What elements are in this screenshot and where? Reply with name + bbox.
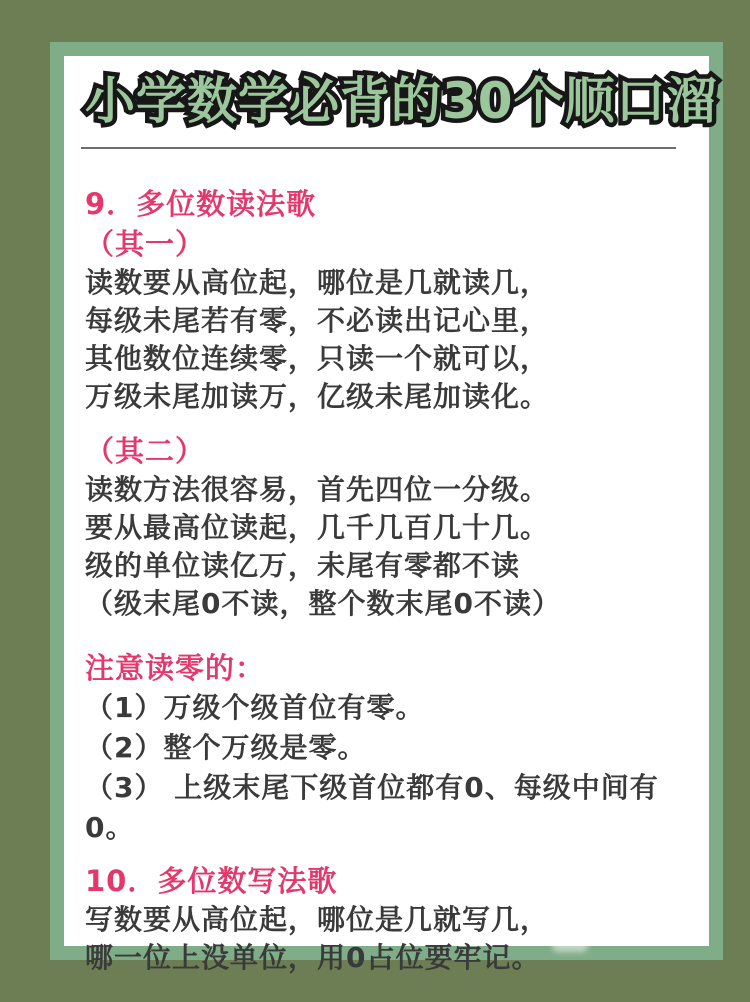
verse-line: （级末尾0不读，整个数末尾0不读） <box>85 585 688 623</box>
subheading-qier: （其二） <box>85 434 688 468</box>
verse-xiefa: 写数要从高位起，哪位是几就写几， 哪一位上没单位，用0占位要牢记。 <box>85 901 688 977</box>
subheading-zhuyi: 注意读零的： <box>85 651 688 685</box>
verse-line: 级的单位读亿万，未尾有零都不读 <box>85 547 688 585</box>
section-10: 10．多位数写法歌 写数要从高位起，哪位是几就写几， 哪一位上没单位，用0占位要… <box>85 864 688 977</box>
poster-page: { "colors": { "page_bg": "#6d7e54", "car… <box>0 0 750 1002</box>
page-title-text: 小学数学必背的30个顺口溜 <box>85 65 688 137</box>
verse-line: 其他数位连续零，只读一个就可以， <box>85 340 688 378</box>
section-10-heading: 10．多位数写法歌 <box>85 864 688 898</box>
verse-line: 每级未尾若有零，不必读出记心里， <box>85 302 688 340</box>
verse-qier: 读数方法很容易，首先四位一分级。 要从最高位读起，几千几百几十几。 级的单位读亿… <box>85 471 688 623</box>
poster-content: 小学数学必背的30个顺口溜 小学数学必背的30个顺口溜 9．多位数读法歌 （其一… <box>64 65 709 955</box>
subheading-qiyi: （其一） <box>85 227 688 261</box>
verse-line: 写数要从高位起，哪位是几就写几， <box>85 901 688 939</box>
note-item: （1）万级个级首位有零。 <box>85 688 688 728</box>
verse-line: 万级未尾加读万，亿级未尾加读化。 <box>85 378 688 416</box>
note-item: （3） 上级末尾下级首位都有0、每级中间有0。 <box>85 768 688 848</box>
note-item: （2）整个万级是零。 <box>85 728 688 768</box>
verse-line: 读数方法很容易，首先四位一分级。 <box>85 471 688 509</box>
verse-line: 要从最高位读起，几千几百几十几。 <box>85 509 688 547</box>
title-divider <box>81 147 676 149</box>
section-9: 9．多位数读法歌 （其一） 读数要从高位起，哪位是几就读几， 每级未尾若有零，不… <box>85 187 688 848</box>
verse-line: 哪一位上没单位，用0占位要牢记。 <box>85 939 688 977</box>
poster-card: 小学数学必背的30个顺口溜 小学数学必背的30个顺口溜 9．多位数读法歌 （其一… <box>50 42 723 960</box>
page-title: 小学数学必背的30个顺口溜 小学数学必背的30个顺口溜 <box>85 65 688 137</box>
watermark-smudge <box>552 937 588 952</box>
verse-qiyi: 读数要从高位起，哪位是几就读几， 每级未尾若有零，不必读出记心里， 其他数位连续… <box>85 264 688 416</box>
notes-list: （1）万级个级首位有零。 （2）整个万级是零。 （3） 上级末尾下级首位都有0、… <box>85 688 688 848</box>
verse-line: 读数要从高位起，哪位是几就读几， <box>85 264 688 302</box>
section-9-heading: 9．多位数读法歌 <box>85 187 688 221</box>
